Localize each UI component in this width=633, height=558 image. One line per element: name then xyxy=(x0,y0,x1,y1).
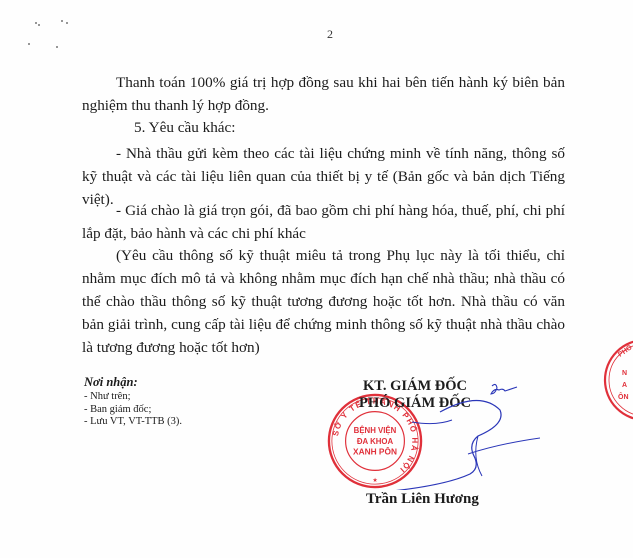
recipient-item: - Lưu VT, VT-TTB (3). xyxy=(84,416,182,429)
svg-text:A: A xyxy=(622,382,627,389)
scan-speck xyxy=(28,43,30,45)
scan-speck xyxy=(38,24,40,26)
svg-text:ĐA KHOA: ĐA KHOA xyxy=(357,437,394,446)
scan-speck xyxy=(61,20,63,22)
partial-stamp-icon: PHÒ N A ÔN xyxy=(600,335,633,425)
svg-text:N: N xyxy=(622,370,627,377)
signer-name: Trần Liên Hương xyxy=(366,491,479,508)
document-page: 2 Thanh toán 100% giá trị hợp đồng sau k… xyxy=(0,0,633,558)
recipients-block: Nơi nhận: - Như trên; - Ban giám đốc; - … xyxy=(84,375,182,429)
signature-title-line-1: KT. GIÁM ĐỐC xyxy=(330,378,500,395)
svg-text:★: ★ xyxy=(372,477,377,484)
section-heading: 5. Yêu cầu khác: xyxy=(134,119,235,137)
svg-text:XANH PÔN: XANH PÔN xyxy=(353,446,397,457)
signature-title-line-2: PHÓ GIÁM ĐỐC xyxy=(330,395,500,412)
recipients-label: Nơi nhận: xyxy=(84,375,182,390)
scan-speck xyxy=(66,22,68,24)
scan-speck xyxy=(56,46,58,48)
scan-speck xyxy=(35,22,37,24)
svg-text:BỆNH VIỆN: BỆNH VIỆN xyxy=(354,426,397,435)
recipient-item: - Như trên; xyxy=(84,391,182,404)
note-paragraph: (Yêu cầu thông số kỹ thuật miêu tả trong… xyxy=(82,244,565,359)
page-number: 2 xyxy=(327,27,333,42)
recipient-item: - Ban giám đốc; xyxy=(84,404,182,417)
signature-title-block: KT. GIÁM ĐỐC PHÓ GIÁM ĐỐC xyxy=(330,378,500,412)
requirement-item: - Giá chào là giá trọn gói, đã bao gồm c… xyxy=(82,199,565,245)
svg-text:ÔN: ÔN xyxy=(618,392,629,401)
payment-paragraph: Thanh toán 100% giá trị hợp đồng sau khi… xyxy=(82,71,565,117)
